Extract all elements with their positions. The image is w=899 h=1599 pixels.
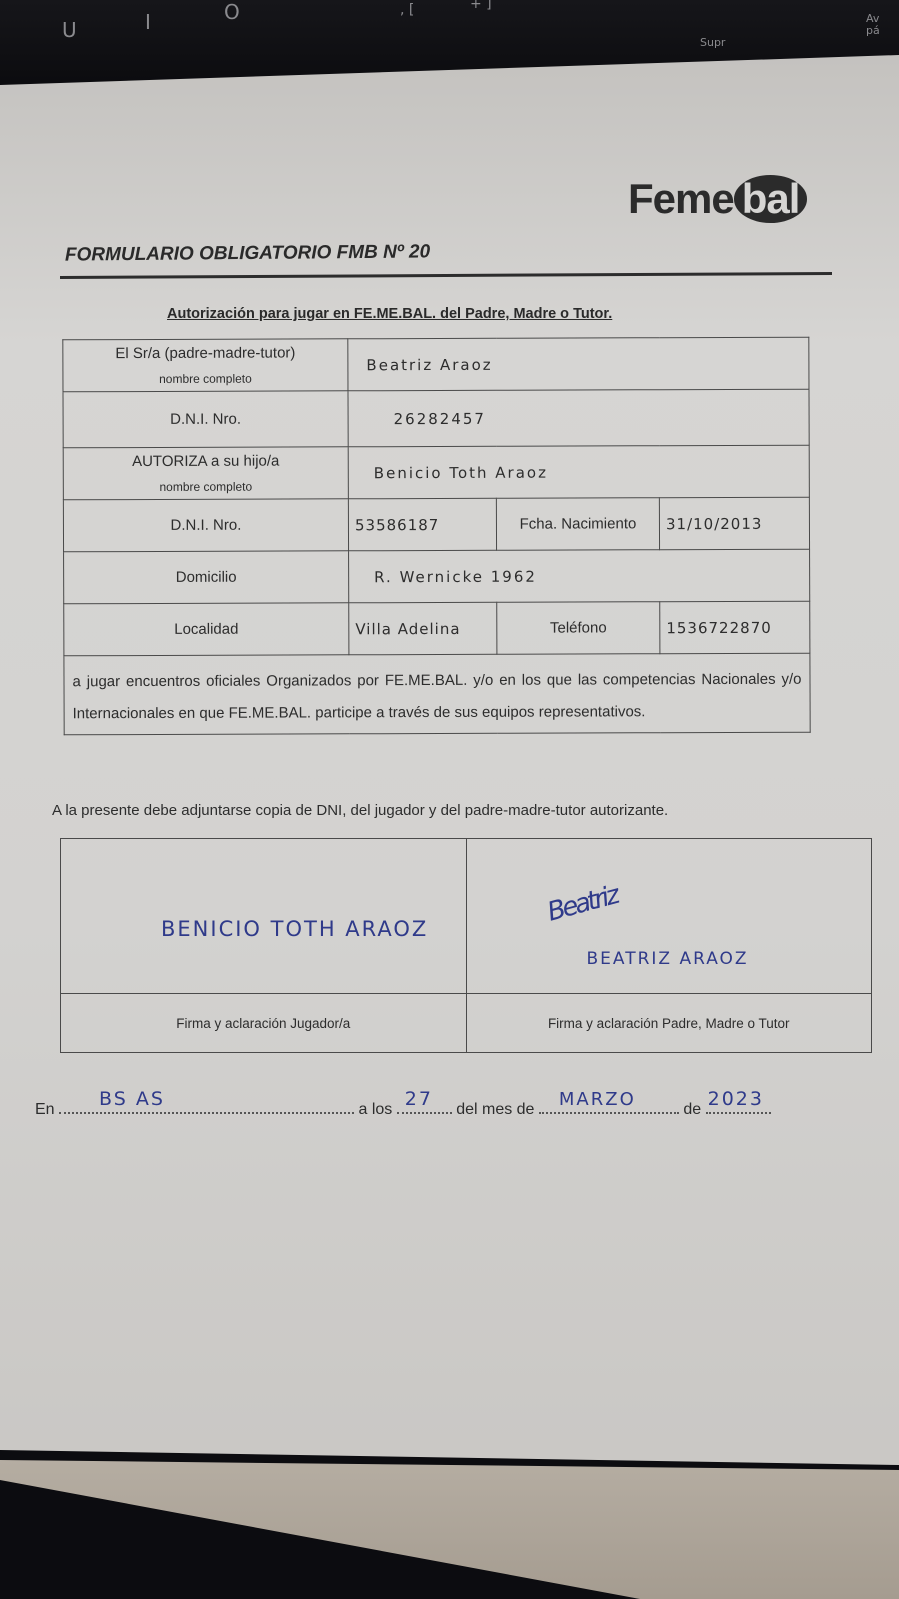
key-o: O [224, 0, 240, 24]
a-los-label: a los [358, 1101, 392, 1118]
date-line: En BS AS a los 27 del mes de MARZO de 20… [35, 1098, 771, 1119]
key-plus: + ] [470, 0, 492, 12]
child-label: AUTORIZA a su hijo/anombre completo [63, 447, 348, 500]
player-signature-box[interactable]: BENICIO TOTH ARAOZ [61, 839, 467, 994]
key-i: I [145, 10, 151, 34]
birth-date-field[interactable]: 31/10/2013 [659, 497, 809, 550]
authorization-table: El Sr/a (padre-madre-tutor)nombre comple… [62, 337, 810, 736]
attachment-note: A la presente debe adjuntarse copia de D… [52, 802, 668, 819]
key-supr: Supr [700, 36, 725, 49]
child-dni-field[interactable]: 53586187 [348, 498, 496, 551]
document-page [0, 55, 899, 1495]
child-name-field[interactable]: Benicio Toth Araoz [348, 445, 809, 499]
signature-table: BENICIO TOTH ARAOZ Beatriz BEATRIZ ARAOZ… [60, 838, 872, 1053]
place-field[interactable]: BS AS [59, 1098, 354, 1114]
month-field[interactable]: MARZO [539, 1098, 679, 1114]
guardian-dni-label: D.N.I. Nro. [63, 391, 348, 448]
phone-label: Teléfono [497, 602, 660, 655]
child-dni-label: D.N.I. Nro. [63, 499, 348, 552]
authorization-paragraph: a jugar encuentros oficiales Organizados… [64, 653, 810, 735]
player-signature: BENICIO TOTH ARAOZ [161, 917, 428, 941]
en-label: En [35, 1101, 55, 1118]
guardian-signature-box[interactable]: Beatriz BEATRIZ ARAOZ [466, 839, 872, 994]
guardian-dni-field[interactable]: 26282457 [348, 389, 809, 447]
player-caption: Firma y aclaración Jugador/a [61, 994, 467, 1053]
day-field[interactable]: 27 [397, 1098, 452, 1114]
de-label: de [683, 1101, 701, 1118]
key-pa: pá [866, 24, 880, 37]
form-title: FORMULARIO OBLIGATORIO FMB Nº 20 [65, 241, 430, 266]
phone-field[interactable]: 1536722870 [660, 601, 810, 654]
month-label: del mes de [456, 1101, 534, 1118]
guardian-name-field[interactable]: Beatriz Araoz [348, 337, 809, 391]
locality-field[interactable]: Villa Adelina [349, 602, 497, 655]
guardian-label: El Sr/a (padre-madre-tutor)nombre comple… [63, 339, 348, 392]
birth-date-label: Fcha. Nacimiento [496, 498, 659, 551]
underlying-page [0, 1460, 899, 1599]
address-label: Domicilio [64, 551, 349, 604]
locality-label: Localidad [64, 603, 349, 656]
guardian-caption: Firma y aclaración Padre, Madre o Tutor [466, 994, 872, 1053]
guardian-signature: BEATRIZ ARAOZ [587, 949, 749, 969]
address-field[interactable]: R. Wernicke 1962 [349, 549, 810, 603]
key-bracket: , [ [400, 2, 414, 18]
form-subtitle: Autorización para jugar en FE.ME.BAL. de… [167, 306, 612, 322]
guardian-scribble: Beatriz [544, 880, 620, 927]
year-field[interactable]: 2023 [706, 1098, 771, 1114]
femebal-logo: Femebal [628, 175, 807, 223]
key-u: U [62, 18, 77, 42]
